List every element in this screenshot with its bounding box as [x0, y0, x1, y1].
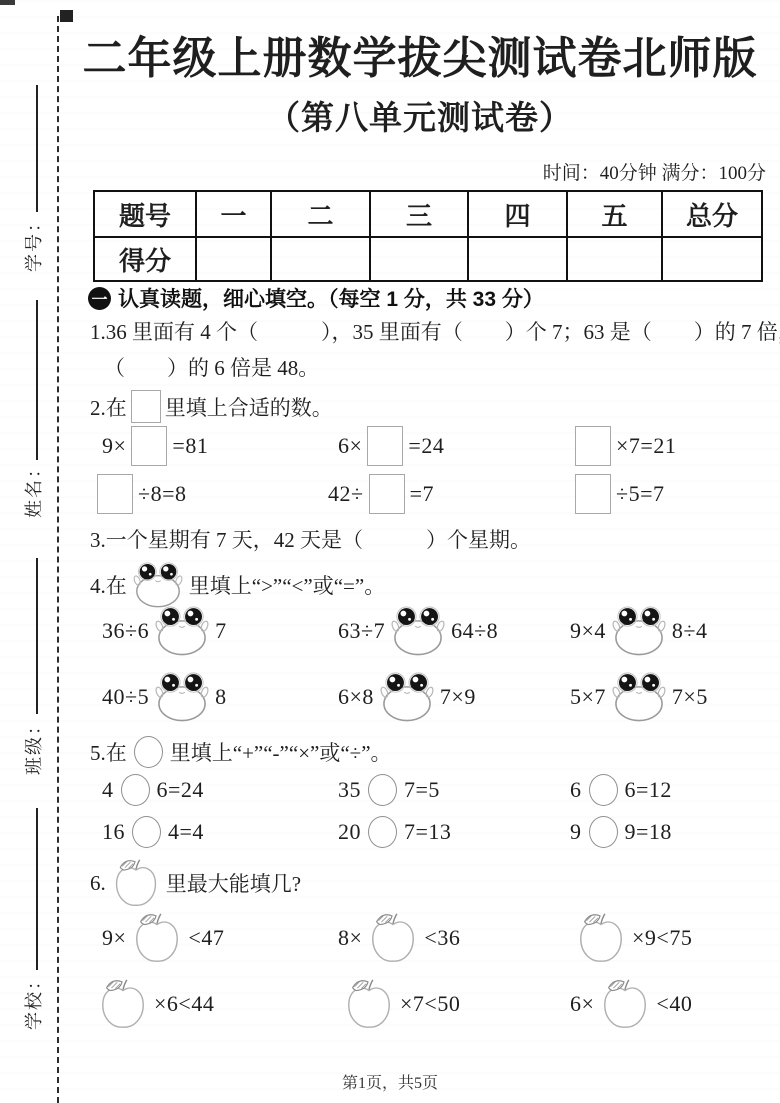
score-table: 题号 一 二 三 四 五 总分 得分	[93, 190, 763, 282]
answer-circle[interactable]	[589, 774, 618, 806]
score-cell	[567, 237, 662, 281]
answer-box[interactable]	[367, 426, 403, 466]
answer-box[interactable]	[131, 426, 167, 466]
equation-pre: 6×	[570, 991, 594, 1017]
equation-pre: 6×	[338, 433, 362, 459]
name-label: 姓名：	[20, 456, 42, 520]
section-1-header: 一 认真读题，细心填空。（每空 1 分，共 33 分）	[88, 283, 544, 313]
comparison-item: 40÷58	[102, 672, 227, 722]
frog-icon[interactable]	[133, 562, 183, 608]
comparison-right: 7	[215, 618, 227, 644]
comparison-left: 6×8	[338, 684, 374, 710]
equation-item: 8×<36	[338, 910, 460, 966]
equation-post: 7=5	[404, 777, 440, 803]
page-number-footer: 第1页，共5页	[0, 1070, 780, 1093]
equation-pre: 35	[338, 777, 361, 803]
frog-icon[interactable]	[612, 672, 666, 722]
equation-item: ×7=21	[570, 426, 676, 466]
answer-box[interactable]	[97, 474, 133, 514]
school-label: 学校：	[20, 968, 42, 1032]
comparison-item: 6×87×9	[338, 672, 476, 722]
paper-subtitle: （第八单元测试卷）	[60, 92, 780, 139]
apple-icon[interactable]	[599, 976, 651, 1032]
question-6-row-2: ×6<44 ×7<50 6×<40	[90, 976, 770, 1042]
question-5-label-pre: 5.在	[90, 737, 127, 767]
question-1-line-1: 1.36 里面有 4 个（ ），35 里面有（ ）个 7；63 是（ ）的 7 …	[90, 316, 770, 346]
scan-corner-mark	[0, 0, 15, 5]
equation-item: 66=12	[570, 774, 672, 806]
answer-box[interactable]	[369, 474, 405, 514]
name-rule-line	[36, 300, 38, 460]
question-6-row-1: 9×<47 8×<36 ×9<75	[90, 910, 770, 976]
question-1-line-2: （ ）的 6 倍是 48。	[104, 352, 780, 382]
answer-box[interactable]	[575, 474, 611, 514]
comparison-item: 63÷764÷8	[338, 606, 498, 656]
section-number-badge: 一	[88, 287, 111, 310]
class-label: 班级：	[20, 713, 42, 777]
equation-item: 164=4	[102, 816, 204, 848]
comparison-item: 5×77×5	[570, 672, 708, 722]
score-table-header-cell: 总分	[662, 191, 762, 237]
score-cell	[662, 237, 762, 281]
comparison-right: 7×5	[672, 684, 708, 710]
equation-item: 46=24	[102, 774, 204, 806]
frog-icon[interactable]	[380, 672, 434, 722]
equation-item: 9×=81	[102, 426, 208, 466]
equation-post: ×6<44	[154, 991, 214, 1017]
score-table-header-cell: 一	[196, 191, 271, 237]
answer-circle[interactable]	[121, 774, 150, 806]
question-4-row-2: 40÷58 6×87×9 5×77×5	[90, 672, 770, 736]
answer-circle[interactable]	[132, 816, 161, 848]
question-6-label-post: 里最大能填几?	[166, 868, 301, 898]
question-2-row-1: 9×=81 6×=24 ×7=21	[90, 426, 770, 476]
equation-item: 99=18	[570, 816, 672, 848]
scan-binding-mark	[60, 10, 73, 22]
equation-post: ×9<75	[632, 925, 692, 951]
equation-pre: 16	[102, 819, 125, 845]
question-3-text: 3.一个星期有 7 天，42 天是（ ）个星期。	[90, 524, 770, 554]
equation-pre: 9×	[102, 925, 126, 951]
equation-item: 6×=24	[338, 426, 444, 466]
equation-item: 6×<40	[570, 976, 692, 1032]
equation-post: <36	[424, 925, 460, 951]
equation-item: 207=13	[338, 816, 451, 848]
equation-pre: 9×	[102, 433, 126, 459]
comparison-left: 63÷7	[338, 618, 385, 644]
equation-item: 9×<47	[102, 910, 224, 966]
exam-time-score-info: 时间：40分钟 满分：100分	[0, 158, 766, 185]
score-cell	[468, 237, 567, 281]
equation-pre: 42÷	[328, 481, 364, 507]
equation-post: 7=13	[404, 819, 451, 845]
answer-circle[interactable]	[589, 816, 618, 848]
comparison-right: 7×9	[440, 684, 476, 710]
apple-icon[interactable]	[343, 976, 395, 1032]
answer-circle[interactable]	[368, 816, 397, 848]
question-6-label-pre: 6.	[90, 871, 106, 896]
section-1-title: 认真读题，细心填空。（每空 1 分，共 33 分）	[118, 283, 544, 313]
score-table-header-cell: 五	[567, 191, 662, 237]
question-2-row-2: ÷8=8 42÷=7 ÷5=7	[90, 474, 770, 524]
student-id-label: 学号：	[20, 210, 42, 274]
equation-item: ×6<44	[92, 976, 214, 1032]
comparison-item: 36÷67	[102, 606, 227, 656]
equation-pre: 8×	[338, 925, 362, 951]
equation-post: 9=18	[625, 819, 672, 845]
paper-title: 二年级上册数学拔尖测试卷北师版	[60, 22, 780, 86]
equation-post: =81	[172, 433, 208, 459]
question-2-label-post: 里填上合适的数。	[165, 392, 333, 422]
comparison-left: 5×7	[570, 684, 606, 710]
question-4-label-pre: 4.在	[90, 570, 127, 600]
comparison-right: 8÷4	[672, 618, 708, 644]
equation-post: 6=24	[157, 777, 204, 803]
equation-post: 4=4	[168, 819, 204, 845]
score-table-header-row: 题号 一 二 三 四 五 总分	[94, 191, 762, 237]
answer-box[interactable]	[131, 390, 161, 423]
question-5-label-post: 里填上“+”“-”“×”或“÷”。	[170, 737, 392, 767]
frog-icon[interactable]	[155, 606, 209, 656]
comparison-item: 9×48÷4	[570, 606, 708, 656]
apple-icon[interactable]	[131, 910, 183, 966]
frog-icon[interactable]	[612, 606, 666, 656]
score-table-header-cell: 四	[468, 191, 567, 237]
score-cell	[271, 237, 370, 281]
student-id-rule-line	[36, 85, 38, 212]
comparison-left: 36÷6	[102, 618, 149, 644]
comparison-right: 64÷8	[451, 618, 498, 644]
equation-item: ×7<50	[338, 976, 460, 1032]
question-6-label: 6. 里最大能填几?	[90, 856, 770, 910]
test-paper-page: 学号： 姓名： 班级： 学校： 二年级上册数学拔尖测试卷北师版 （第八单元测试卷…	[0, 0, 780, 1103]
equation-item: ÷5=7	[570, 474, 664, 514]
apple-icon[interactable]	[97, 976, 149, 1032]
question-2-label: 2.在 里填上合适的数。	[90, 390, 770, 423]
equation-item: 42÷=7	[328, 474, 434, 514]
equation-post: =7	[410, 481, 434, 507]
score-table-header-cell: 二	[271, 191, 370, 237]
score-row-label: 得分	[94, 237, 196, 281]
equation-pre: 20	[338, 819, 361, 845]
answer-box[interactable]	[575, 426, 611, 466]
apple-icon[interactable]	[575, 910, 627, 966]
score-table-header-cell: 题号	[94, 191, 196, 237]
answer-circle[interactable]	[368, 774, 397, 806]
equation-item: ×9<75	[570, 910, 692, 966]
question-5-label: 5.在 里填上“+”“-”“×”或“÷”。	[90, 736, 770, 768]
comparison-right: 8	[215, 684, 227, 710]
question-5-row-1: 46=24 357=5 66=12	[90, 774, 770, 816]
equation-post: <40	[656, 991, 692, 1017]
score-cell	[370, 237, 468, 281]
equation-post: ÷8=8	[138, 481, 186, 507]
score-cell	[196, 237, 271, 281]
apple-icon[interactable]	[367, 910, 419, 966]
equation-pre: 9	[570, 819, 582, 845]
comparison-left: 40÷5	[102, 684, 149, 710]
equation-pre: 6	[570, 777, 582, 803]
question-2-label-pre: 2.在	[90, 392, 127, 422]
equation-post: 6=12	[625, 777, 672, 803]
equation-post: <47	[188, 925, 224, 951]
equation-item: 357=5	[338, 774, 440, 806]
score-table-header-cell: 三	[370, 191, 468, 237]
school-rule-line	[36, 808, 38, 970]
equation-post: ×7<50	[400, 991, 460, 1017]
question-4-row-1: 36÷67 63÷764÷8 9×48÷4	[90, 606, 770, 670]
comparison-left: 9×4	[570, 618, 606, 644]
class-rule-line	[36, 558, 38, 714]
frog-icon[interactable]	[155, 672, 209, 722]
question-4-label: 4.在 里填上“>”“<”或“=”。	[90, 562, 770, 608]
equation-post: ÷5=7	[616, 481, 664, 507]
frog-icon[interactable]	[391, 606, 445, 656]
question-4-label-post: 里填上“>”“<”或“=”。	[189, 570, 385, 600]
equation-pre: 4	[102, 777, 114, 803]
score-table-score-row: 得分	[94, 237, 762, 281]
apple-icon[interactable]	[111, 856, 161, 910]
equation-post: ×7=21	[616, 433, 676, 459]
equation-item: ÷8=8	[92, 474, 186, 514]
question-5-row-2: 164=4 207=13 99=18	[90, 816, 770, 858]
answer-circle[interactable]	[134, 736, 163, 768]
equation-post: =24	[408, 433, 444, 459]
